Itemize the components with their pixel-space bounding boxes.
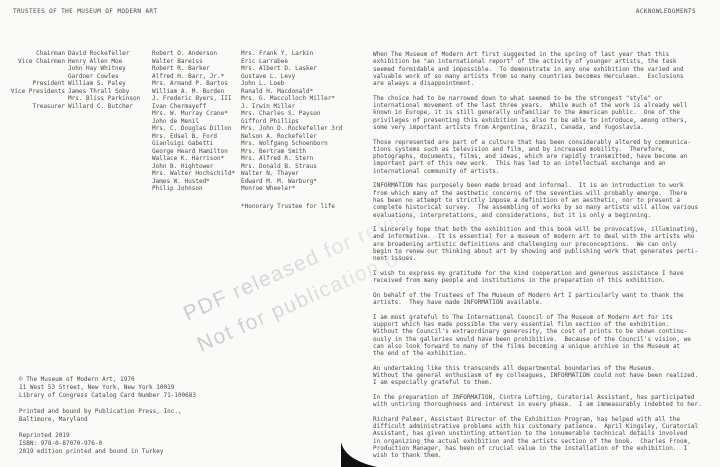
trustee-row: Mrs. Walter Hochschild*Walter N. Thayer [8, 170, 353, 178]
honorary-trustee-footnote: *Honorary Trustee for life [241, 203, 335, 211]
trustee-name-cell: Mrs. Wolfgang Schoenborn [241, 140, 353, 148]
acknowledgments-paragraph: In the preparation of INFORMATION, Cintr… [373, 394, 713, 409]
trustee-name-cell: James Thrall Soby [68, 88, 149, 96]
trustee-name-cell: Mrs. Charles S. Payson [241, 110, 353, 118]
trustee-name-cell: Alfred H. Barr, Jr.* [152, 73, 238, 81]
colophon-group: © The Museum of Modern Art, 1970 11 West… [19, 376, 196, 400]
acknowledgments-paragraph: I sincerely hope that both the exhibitio… [373, 226, 713, 262]
trustee-name-cell: Mrs. G. Macculloch Miller* [241, 95, 353, 103]
trustee-name-cell [68, 110, 149, 118]
trustee-name-cell: Monroe Wheeler* [241, 185, 353, 193]
colophon-group: Printed and bound by Publication Press, … [19, 408, 196, 424]
trustee-row: Mrs. Edsel B. FordNelson A. Rockefeller [8, 133, 353, 141]
trustee-name-cell: Mrs. Donald B. Straus [241, 163, 353, 171]
trustee-name-cell [68, 125, 149, 133]
trustee-name-cell: Wallace K. Harrison* [152, 155, 238, 163]
trustee-role-cell: President [8, 80, 65, 88]
trustee-role-cell: Vice Chairmen [8, 58, 65, 66]
trustee-role-cell [8, 73, 65, 81]
acknowledgments-paragraph: On behalf of the Trustees of The Museum … [373, 292, 713, 307]
trustee-name-cell: Robert R. Barker [152, 65, 238, 73]
trustee-name-cell [68, 170, 149, 178]
trustee-role-cell [8, 140, 65, 148]
trustee-name-cell: Willard C. Butcher [68, 103, 149, 111]
trustee-name-cell: Mrs. John D. Rockefeller 3rd [241, 125, 353, 133]
trustee-row: George Heard HamiltonMrs. Bertram Smith [8, 148, 353, 156]
trustee-role-cell [8, 133, 65, 141]
trustee-row: Wallace K. Harrison*Mrs. Alfred R. Stern [8, 155, 353, 163]
trustee-name-cell: Mrs. W. Murray Crane* [152, 110, 238, 118]
acknowledgments-page-header: ACKNOWLEDGMENTS [636, 8, 696, 16]
trustee-row: Gardner CowlesAlfred H. Barr, Jr.*Gustav… [8, 73, 353, 81]
trustee-name-cell: Gifford Phillips [241, 118, 353, 126]
trustee-role-cell: Chairman [8, 50, 65, 58]
trustee-name-cell: John L. Loeb [241, 80, 353, 88]
trustee-name-cell: Gustave L. Levy [241, 73, 353, 81]
trustee-name-cell: Mrs. Armand P. Bartos [152, 80, 238, 88]
trustee-role-cell [8, 148, 65, 156]
trustee-row: Philip JohnsonMonroe Wheeler* [8, 185, 353, 193]
trustee-row: Mrs. C. Douglas DillonMrs. John D. Rocke… [8, 125, 353, 133]
trustee-name-cell: J. Frederic Byers, III [152, 95, 238, 103]
trustee-name-cell: Walter Bareiss [152, 58, 238, 66]
trustee-row: Gianluigi GabettiMrs. Wolfgang Schoenbor… [8, 140, 353, 148]
trustee-name-cell: William S. Paley [68, 80, 149, 88]
trustee-role-cell [8, 163, 65, 171]
trustee-name-cell [68, 155, 149, 163]
trustee-name-cell: Ranald H. Macdonald* [241, 88, 353, 96]
trustee-row: ChairmanDavid RockefellerRobert O. Ander… [8, 50, 353, 58]
trustees-table: ChairmanDavid RockefellerRobert O. Ander… [8, 50, 353, 193]
trustee-row: John de MenilGifford Phillips [8, 118, 353, 126]
trustee-name-cell: James W. Husted* [152, 178, 238, 186]
trustee-name-cell [68, 140, 149, 148]
trustee-name-cell: Edward M. M. Warburg* [241, 178, 353, 186]
trustee-role-cell [8, 155, 65, 163]
trustee-row: John B. HightowerMrs. Donald B. Straus [8, 163, 353, 171]
trustee-name-cell: Gianluigi Gabetti [152, 140, 238, 148]
trustee-role-cell [8, 178, 65, 186]
trustee-role-cell [8, 185, 65, 193]
colophon-group: Reprinted 2019 ISBN: 978-0-87070-976-0 2… [19, 432, 196, 456]
trustee-name-cell: Philip Johnson [152, 185, 238, 193]
page-corner-shape [341, 441, 379, 467]
trustee-row: Vice PresidentsJames Thrall SobyWilliam … [8, 88, 353, 96]
trustee-name-cell: Henry Allen Moe [68, 58, 149, 66]
trustee-name-cell: Mrs. Alfred R. Stern [241, 155, 353, 163]
trustee-name-cell: John de Menil [152, 118, 238, 126]
trustee-name-cell: Mrs. Bertram Smith [241, 148, 353, 156]
trustee-name-cell: J. Irwin Miller [241, 103, 353, 111]
trustee-name-cell: John Hay Whitney [68, 65, 149, 73]
colophon: © The Museum of Modern Art, 1970 11 West… [19, 376, 196, 456]
trustee-role-cell [8, 110, 65, 118]
trustee-name-cell: Ivan Chermayeff [152, 103, 238, 111]
acknowledgments-body: When The Museum of Modern Art first sugg… [373, 51, 713, 460]
trustee-name-cell: Mrs. Frank Y. Larkin [241, 50, 353, 58]
trustee-name-cell: Mrs. Albert D. Lasker [241, 65, 353, 73]
trustee-role-cell [8, 65, 65, 73]
acknowledgments-paragraph: I wish to express my gratitude for the k… [373, 270, 713, 285]
trustee-name-cell [68, 185, 149, 193]
trustee-role-cell: Treasurer [8, 103, 65, 111]
trustee-row: Mrs. Bliss ParkinsonJ. Frederic Byers, I… [8, 95, 353, 103]
book-spread: TRUSTEES OF THE MUSEUM OF MODERN ART ACK… [0, 0, 720, 467]
acknowledgments-paragraph: I am most grateful to The International … [373, 314, 713, 358]
acknowledgments-paragraph: An undertaking like this transcends all … [373, 365, 713, 387]
trustee-name-cell: John B. Hightower [152, 163, 238, 171]
trustee-role-cell: Vice Presidents [8, 88, 65, 96]
trustee-name-cell: Nelson A. Rockefeller [241, 133, 353, 141]
trustee-name-cell [68, 163, 149, 171]
trustee-name-cell [68, 133, 149, 141]
trustee-role-cell [8, 95, 65, 103]
acknowledgments-paragraph: Those represented are part of a culture … [373, 139, 713, 175]
trustee-name-cell: Walter N. Thayer [241, 170, 353, 178]
trustee-name-cell: William A. M. Burden [152, 88, 238, 96]
trustee-name-cell: Mrs. Edsel B. Ford [152, 133, 238, 141]
trustee-name-cell: Robert O. Anderson [152, 50, 238, 58]
trustee-row: Mrs. W. Murray Crane*Mrs. Charles S. Pay… [8, 110, 353, 118]
acknowledgments-paragraph: Richard Palmer, Assistant Director of th… [373, 416, 713, 460]
trustee-name-cell: Eric Larrabee [241, 58, 353, 66]
trustee-role-cell [8, 118, 65, 126]
trustee-row: John Hay WhitneyRobert R. BarkerMrs. Alb… [8, 65, 353, 73]
trustee-role-cell [8, 125, 65, 133]
trustee-row: Vice ChairmenHenry Allen MoeWalter Barei… [8, 58, 353, 66]
acknowledgments-paragraph: When The Museum of Modern Art first sugg… [373, 51, 713, 87]
trustee-name-cell [68, 148, 149, 156]
acknowledgments-paragraph: The choice had to be narrowed down to wh… [373, 95, 713, 131]
trustee-name-cell [68, 118, 149, 126]
trustee-name-cell: Mrs. Bliss Parkinson [68, 95, 149, 103]
trustees-page-header: TRUSTEES OF THE MUSEUM OF MODERN ART [13, 8, 157, 16]
trustee-name-cell: Mrs. Walter Hochschild* [152, 170, 238, 178]
trustee-name-cell: George Heard Hamilton [152, 148, 238, 156]
trustee-role-cell [8, 170, 65, 178]
trustee-name-cell: David Rockefeller [68, 50, 149, 58]
acknowledgments-paragraph: INFORMATION has purposely been made broa… [373, 182, 713, 218]
trustee-name-cell: Mrs. C. Douglas Dillon [152, 125, 238, 133]
trustee-row: PresidentWilliam S. PaleyMrs. Armand P. … [8, 80, 353, 88]
trustee-row: TreasurerWillard C. ButcherIvan Chermaye… [8, 103, 353, 111]
trustee-row: James W. Husted*Edward M. M. Warburg* [8, 178, 353, 186]
trustee-name-cell: Gardner Cowles [68, 73, 149, 81]
trustee-name-cell [68, 178, 149, 186]
